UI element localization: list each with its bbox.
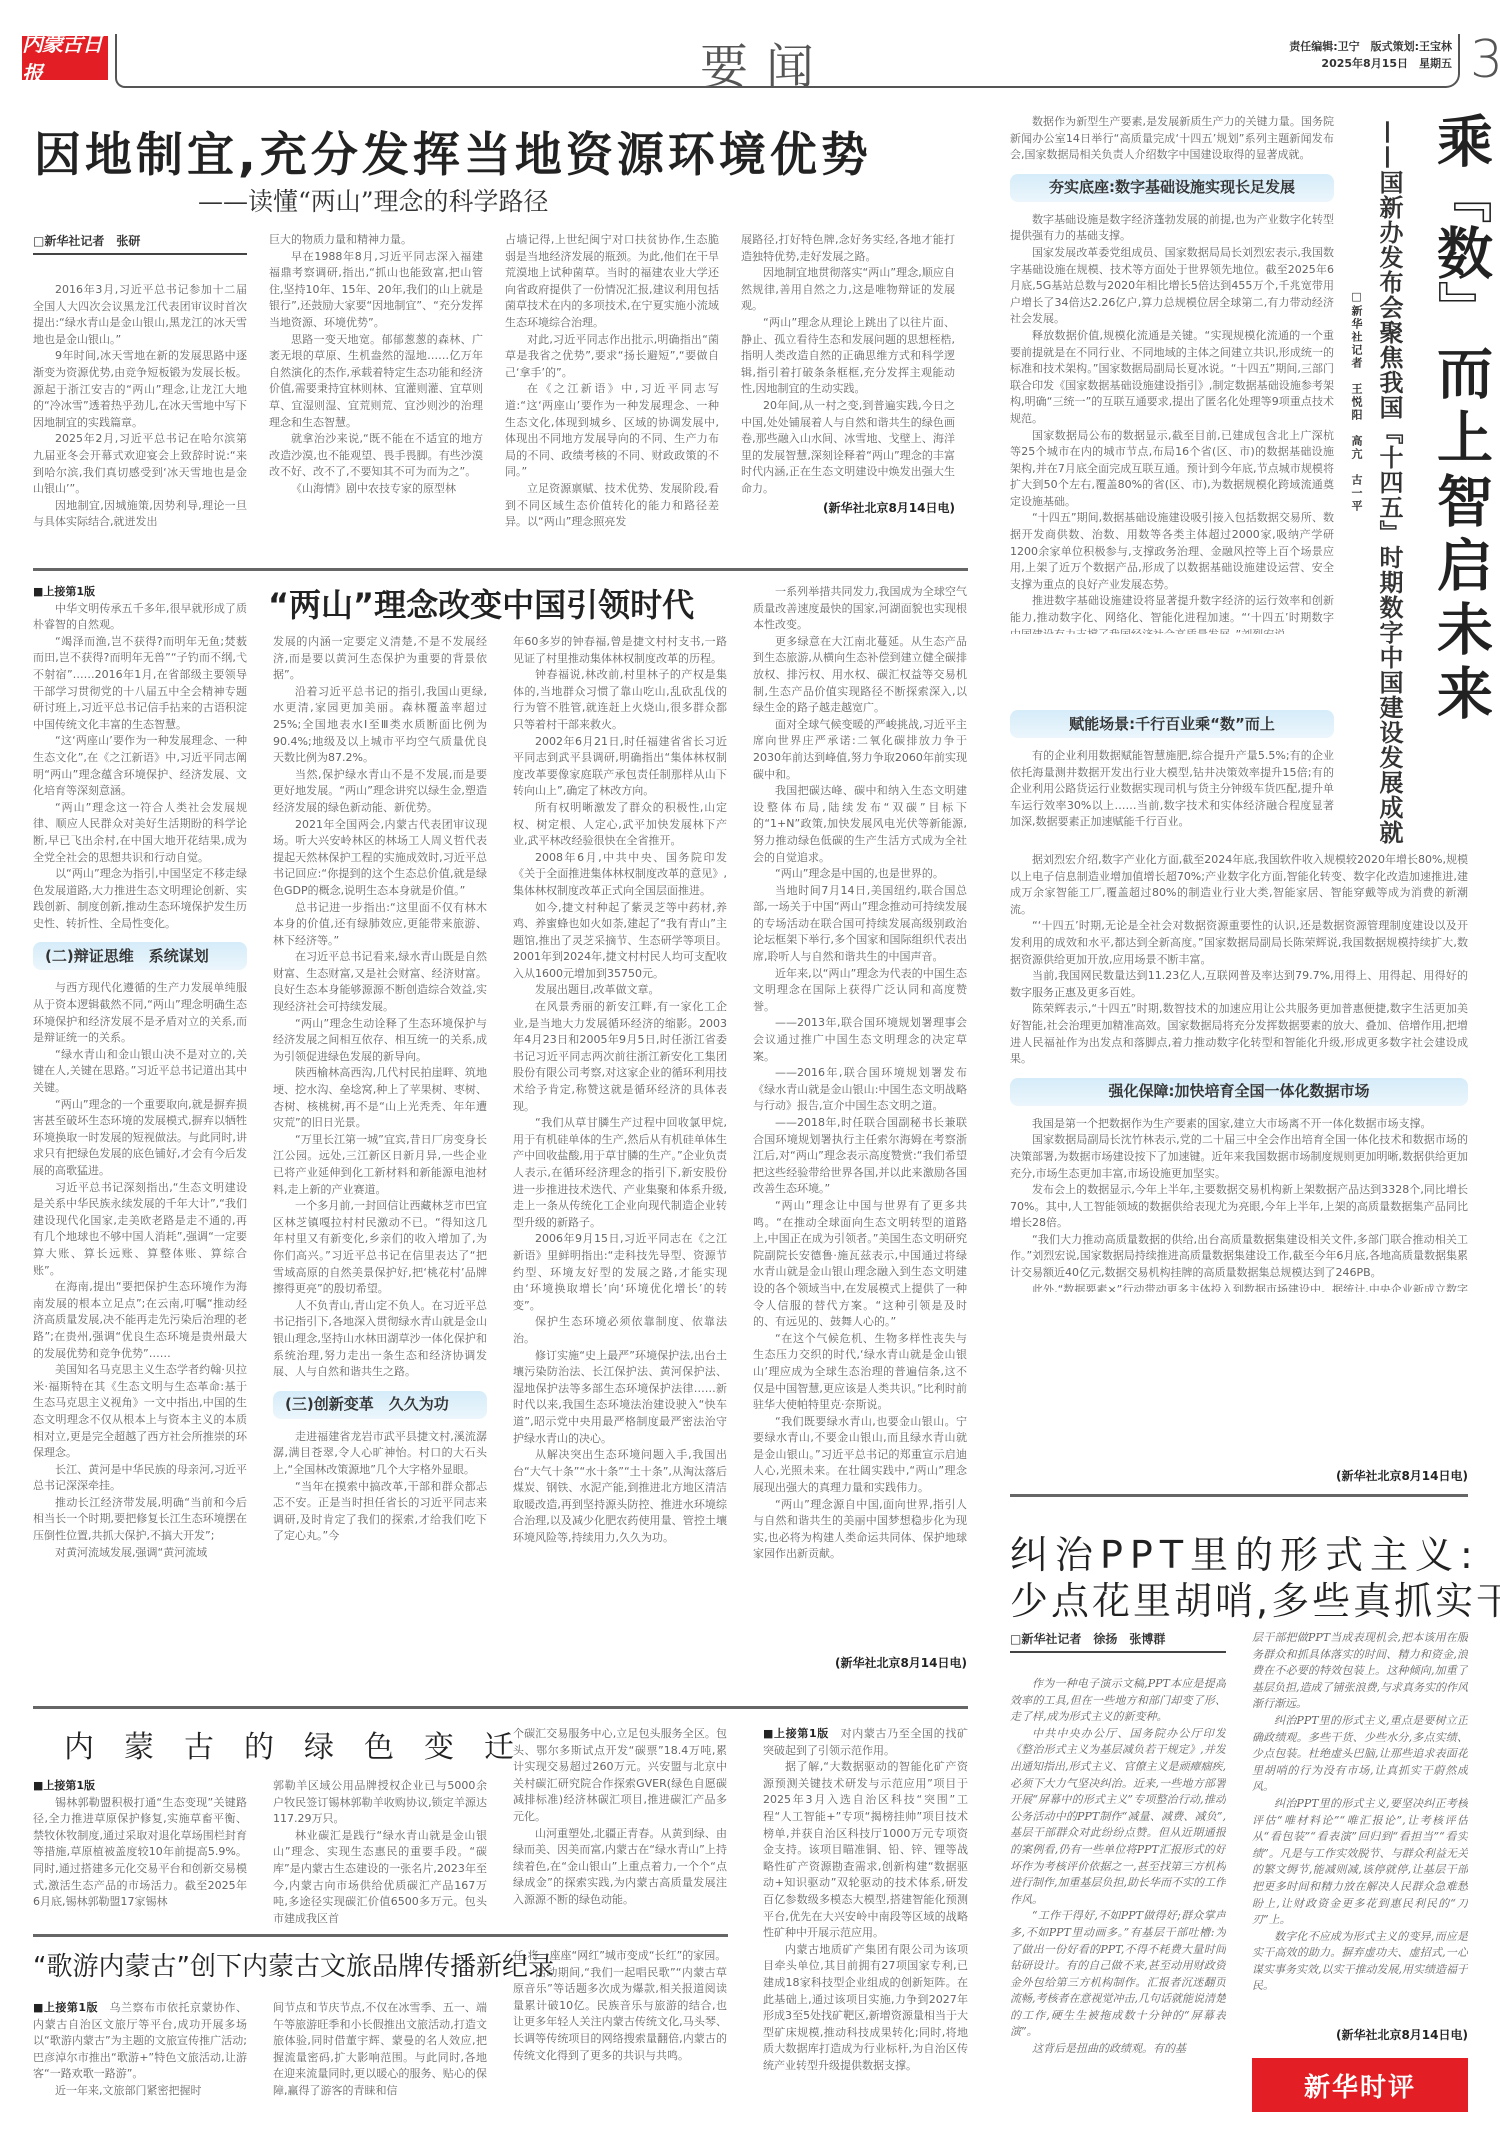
article3-byline: □新华社记者 王悦阳 高亢 古一平 [1348,290,1364,513]
article6-col3: 任,将一座座“网红”城市变成“长红”的家园。 活动期间,“我们一起唱民歌”“内蒙… [513,1948,727,2064]
section-band-innovation: (三)创新变革 久久为功 [273,1391,487,1419]
article2-col3: 年60多岁的钟春福,曾是捷文村村支书,一路见证了村里推动集体林权制度改革的历程。… [513,634,727,1669]
article1-col4: 展路径,打好特色牌,念好务实经,各地才能打造独特优势,走好发展之路。 因地制宜地… [741,232,955,531]
article1-dateline: (新华社北京8月14日电) [741,500,955,517]
article4-dateline: (新华社北京8月14日电) [1252,2026,1468,2043]
continued-label: ■上接第1版 [33,1778,247,1795]
editor-credit: 责任编辑:卫宁 版式策划:王宝林 [1289,38,1452,55]
page-number: 3 [1470,30,1500,90]
article1-body: 2016年3月,习近平总书记参加十二届全国人大四次会议黑龙江代表团审议时首次提出… [33,232,968,531]
article5-title: 内蒙古的绿色变迁 [64,1722,544,1766]
section-band-infrastructure: 夯实底座:数字基础设施实现长足发展 [1010,174,1334,202]
continued-label: ■上接第1版 [33,584,247,601]
article5-col2: 郭勒羊区域公用品牌授权企业已与5000余户牧民签订锡林郭勒羊收购协议,锁定羊源达… [273,1778,487,1927]
continued-label: ■上接第1版 [763,1727,829,1740]
article2-col4: 一系列举措共同发力,我国成为全球空气质量改善速度最快的国家,河湖面貌也实现根本性… [753,584,967,1669]
article6-col1: ■上接第1版 乌兰察布市依托京蒙协作、内蒙古自治区文旅厅等平台,成功开展多场以“… [33,2000,247,2100]
article5-col3: 个碳汇交易服务中心,立足包头服务全区。包头、鄂尔多斯试点开发“碳票”18.4万吨… [513,1726,727,1909]
article4-title-line2: 少点花里胡哨,多些真抓实干 [1010,1570,1500,1625]
column-badge-xinhua-commentary: 新华时评 [1252,2058,1468,2112]
divider [33,1934,728,1937]
masthead-meta: 责任编辑:卫宁 版式策划:王宝林 2025年8月15日 星期五 [1289,38,1452,72]
section-band-empowerment: 赋能场景:千行百业乘“数”而上 [1010,710,1334,738]
article3-dateline: (新华社北京8月14日电) [1010,1467,1468,1484]
divider [1010,1494,1468,1497]
section-band-safeguard: 强化保障:加快培育全国一体化数据市场 [1010,1078,1468,1106]
article6-col2: 间节点和节庆节点,不仅在冰雪季、五一、端午等旅游旺季和小长假推出文旅活动,打造文… [273,2000,487,2100]
article4-col2: 层干部把做PPT当成表现机会,把本该用在服务群众和抓具体落实的时间、精力和资金,… [1252,1630,1468,2026]
article1-col3: 占墙记得,上世纪闽宁对口扶贫协作,生态脆弱是当地经济发展的瓶颈。为此,他们在干旱… [505,232,719,531]
section-band-dialectic: (二)辩证思维 系统谋划 [33,942,247,970]
article4-byline: □新华社记者 徐扬 张博群 [1010,1630,1226,1653]
article1-col2: 巨大的物质力量和精神力量。 早在1988年8月,习近平同志深入福建福鼎考察调研,… [269,232,483,531]
divider [763,1706,968,1709]
article3-mid-body: 赋能场景:千行百业乘“数”而上 有的企业利用数据赋能智慧施肥,综合提升产量5.5… [1010,700,1334,831]
section-title: 要闻 [700,28,832,97]
article1-col1: 2016年3月,习近平总书记参加十二届全国人大四次会议黑龙江代表团审议时首次提出… [33,232,247,531]
article3-vertical-subtitle: ——国新办发布会聚焦我国『十四五』时期数字中国建设发展成就 [1372,120,1407,890]
article4-col1: 作为一种电子演示文稿,PPT本应是提高效率的工具,但在一些地方和部门却变了形、走… [1010,1676,1226,2136]
article2-col1: ■上接第1版 中华文明传承五千多年,很早就形成了质朴睿智的自然观。 “竭泽而渔,… [33,584,247,1561]
article6-title: “歌游内蒙古”创下内蒙古文旅品牌传播新纪录 [33,1946,554,1983]
article2-dateline: (新华社北京8月14日电) [753,1654,967,1671]
article3-top-body: 数据作为新型生产要素,是发展新质生产力的关键力量。国务院新闻办公室14日举行“高… [1010,114,1334,634]
article3-vertical-title: 乘 『 数 』 而 上 智 启 未 来 [1420,112,1500,720]
article2-title: “两山”理念改变中国引领时代 [268,580,694,626]
continued-label: ■上接第1版 [33,2001,98,2014]
article3-wide-body: 据刘烈宏介绍,数字产业化方面,截至2024年底,我国软件收入规模较2020年增长… [1010,852,1468,1292]
article1-subtitle: ——读懂“两山”理念的科学路径 [198,182,549,218]
divider [33,568,968,571]
issue-date: 2025年8月15日 星期五 [1289,55,1452,72]
article2-col2: 发展的内涵一定要定义清楚,不是不发展经济,而是要以黄河生态保护为重要的背景依据”… [273,634,487,1669]
article5-col1: ■上接第1版 锡林郭勒盟积极打通“生态变现”关键路径,全力推进草原保护修复,实施… [33,1778,247,1911]
article1-title: 因地制宜,充分发挥当地资源环境优势 [34,118,872,185]
article7-body: ■上接第1版 对内蒙古乃至全国的找矿突破起到了引领示范作用。 据了解,“大数据驱… [763,1726,968,2074]
newspaper-logo: 内蒙古日报 [22,36,108,80]
